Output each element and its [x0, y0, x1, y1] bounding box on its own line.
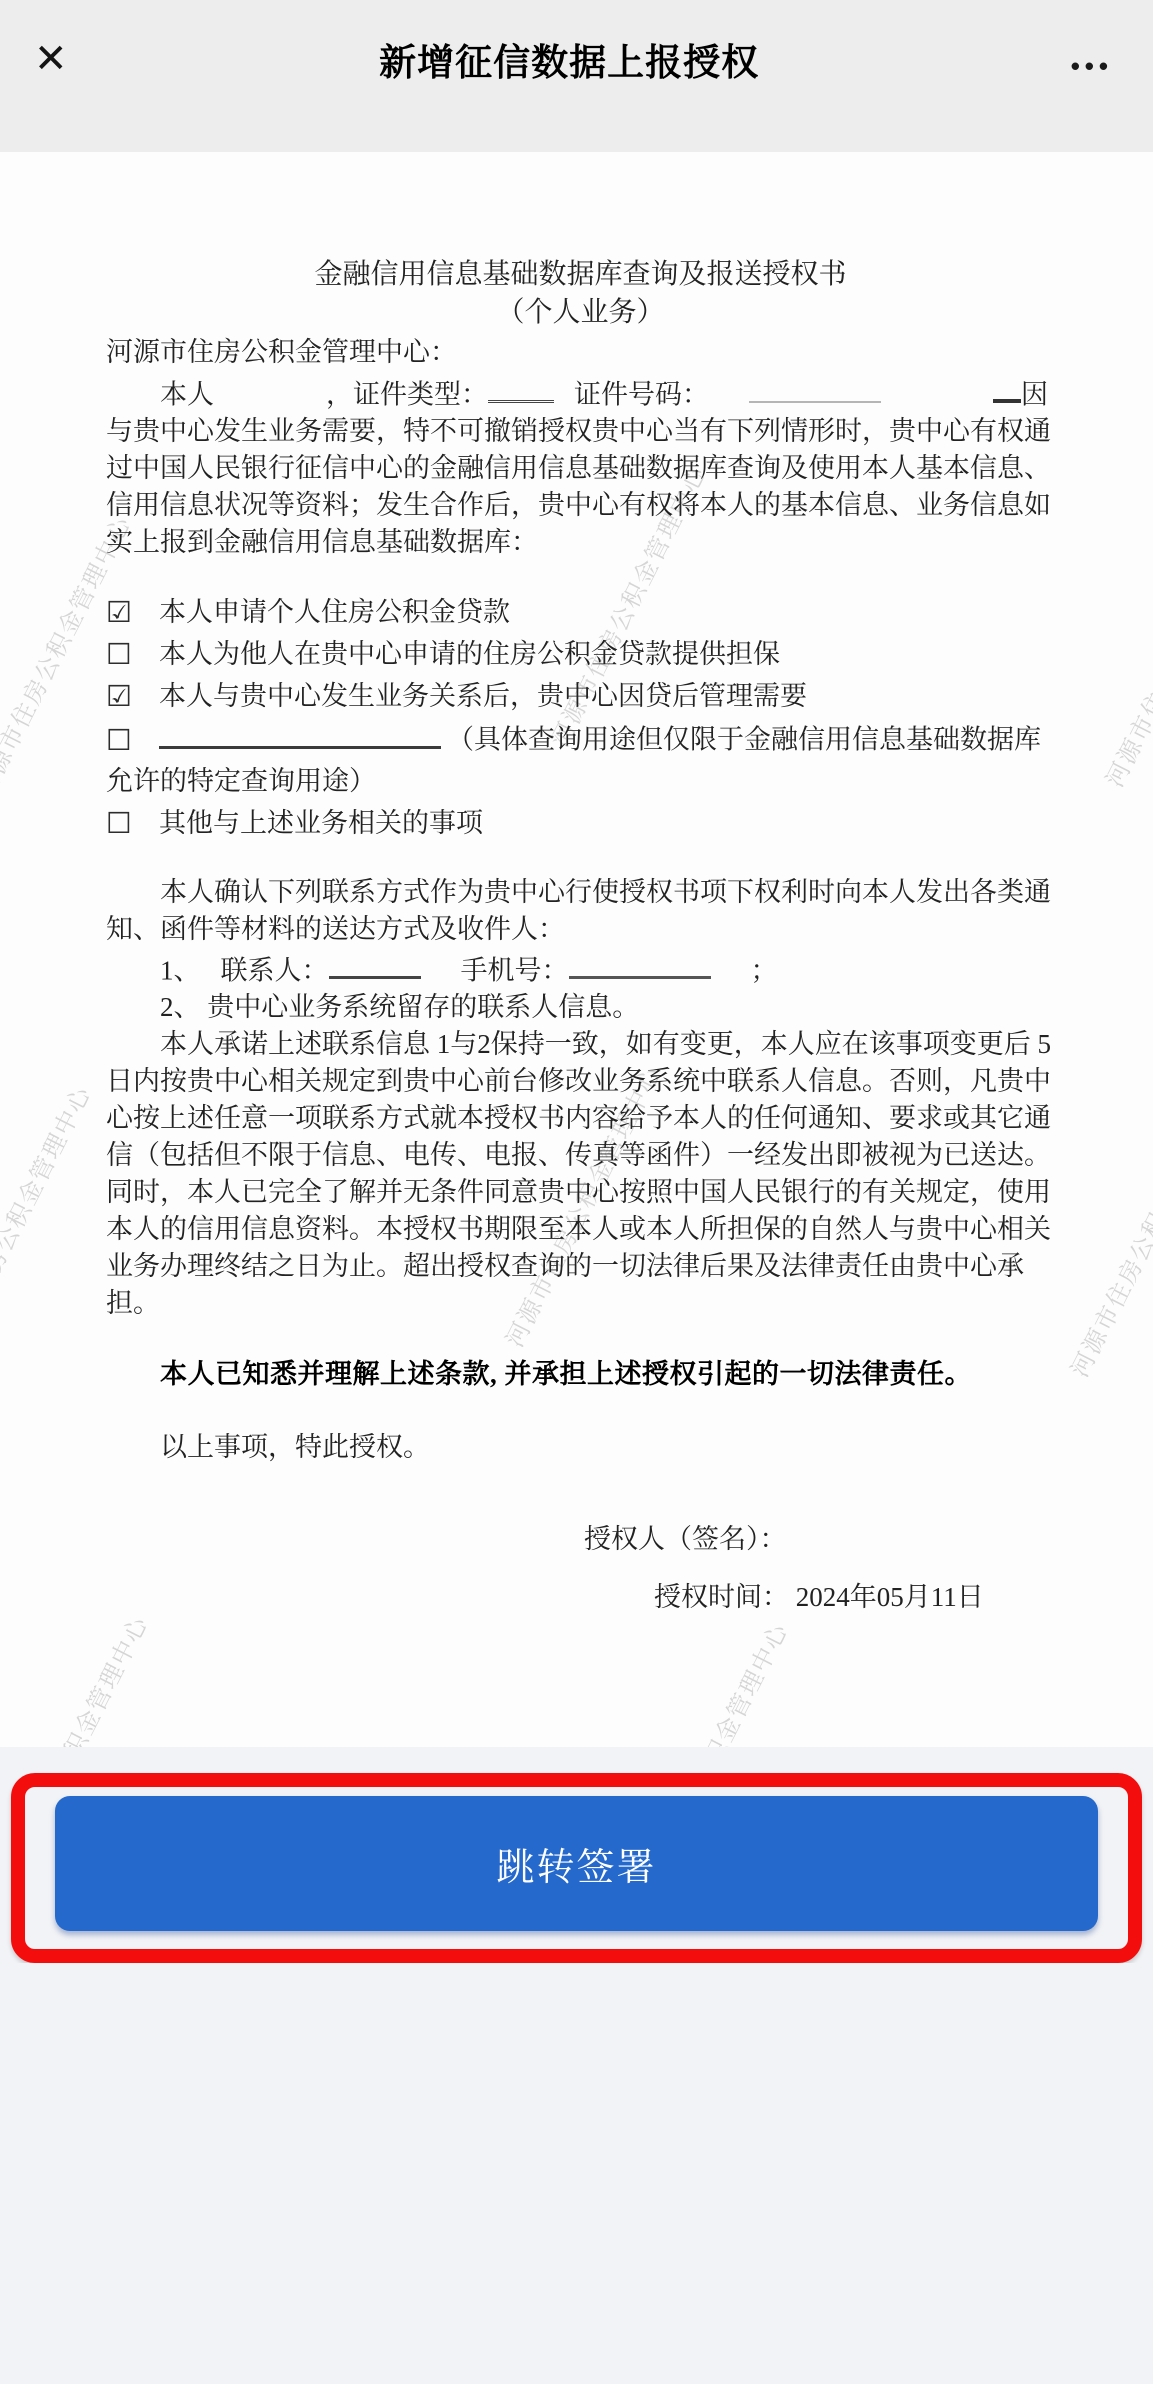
checkbox-unchecked-icon: ☐: [106, 723, 132, 757]
redaction-mark: [993, 371, 1021, 403]
contact-intro: 本人确认下列联系方式作为贵中心行使授权书项下权利时向本人发出各类通知、函件等材料…: [106, 874, 1055, 948]
signer-label: 授权人（签名）：: [584, 1510, 1055, 1568]
name-blank: [214, 375, 326, 403]
spacer: [709, 375, 749, 403]
checkbox-item-guarantee: ☐本人为他人在贵中心申请的住房公积金贷款提供担保: [106, 633, 1055, 675]
checkbox-label: 本人与贵中心发生业务关系后，贵中心因贷后管理需要: [159, 681, 807, 711]
spacer: [421, 951, 461, 979]
auth-time-value: 2024年05月11日: [796, 1582, 984, 1612]
contact-item-1: 1、联系人：手机号：；: [160, 948, 1055, 989]
spacer: [201, 951, 221, 979]
spacer: [554, 375, 574, 403]
id-type-label: ，证件类型：: [326, 379, 488, 409]
promise-paragraph: 本人承诺上述联系信息 1与2保持一致，如有变更，本人应在该事项变更后 5 日内按…: [106, 1026, 1055, 1322]
closing-line: 以上事项，特此授权。: [106, 1429, 1055, 1466]
authorization-document: 河源市住房公积金管理中心 河源市住房公积金管理中心 河源市住房公积金管理中心 河…: [0, 152, 1153, 1747]
id-type-blank: [488, 372, 554, 403]
document-title: 金融信用信息基础数据库查询及报送授权书: [106, 256, 1055, 294]
contact-section: 本人确认下列联系方式作为贵中心行使授权书项下权利时向本人发出各类通知、函件等材料…: [106, 874, 1055, 1322]
id-number-blank: [749, 373, 881, 403]
title-bar: ✕ 新增征信数据上报授权 •••: [0, 0, 1153, 152]
auth-time-label: 授权时间：: [654, 1582, 789, 1612]
salutation: 河源市住房公积金管理中心：: [106, 334, 1055, 371]
checkbox-checked-icon: ☑: [106, 679, 132, 713]
contact-item-2: 2、 贵中心业务系统留存的联系人信息。: [160, 989, 1055, 1026]
checkbox-label: 本人为他人在贵中心申请的住房公积金贷款提供担保: [159, 639, 780, 669]
checkbox-item-other-purpose: ☐（具体查询用途但仅限于金融信用信息基础数据库允许的特定查询用途）: [106, 717, 1055, 801]
checkbox-list: ☑本人申请个人住房公积金贷款 ☐本人为他人在贵中心申请的住房公积金贷款提供担保 …: [106, 591, 1055, 843]
checkbox-unchecked-icon: ☐: [106, 637, 132, 671]
checkbox-label: 其他与上述业务相关的事项: [159, 808, 483, 838]
watermark-text: 河源市住房公积金管理中心: [1063, 1090, 1153, 1385]
checkbox-item-other-matters: ☐其他与上述业务相关的事项: [106, 802, 1055, 844]
watermark-text: 河源市住房公积金管理中心: [1098, 500, 1153, 795]
intro-paragraph: 本人，证件类型：证件号码：因与贵中心发生业务需要，特不可撤销授权贵中心当有下列情…: [106, 371, 1055, 561]
checkbox-item-loan: ☑本人申请个人住房公积金贷款: [106, 591, 1055, 633]
bottom-background: [0, 1963, 1153, 2384]
authorization-time: 授权时间： 2024年05月11日: [654, 1568, 1055, 1626]
contact-item-end: ；: [751, 955, 778, 985]
contact-person-blank: [329, 948, 421, 979]
document-subtitle: （个人业务）: [106, 294, 1055, 332]
id-number-label: 证件号码：: [574, 379, 709, 409]
spacer: [0, 1747, 1153, 1773]
watermark-text: 河源市住房公积金管理中心: [0, 1080, 102, 1375]
checkbox-item-post-loan: ☑本人与贵中心发生业务关系后，贵中心因贷后管理需要: [106, 675, 1055, 717]
highlight-annotation-box: 跳转签署: [11, 1773, 1142, 1963]
checkbox-checked-icon: ☑: [106, 595, 132, 629]
watermark-text: 河源市住房公积金管理中心: [0, 1610, 159, 1747]
bold-statement: 本人已知悉并理解上述条款, 并承担上述授权引起的一切法律责任。: [106, 1356, 1055, 1393]
purpose-blank-line: [159, 717, 441, 748]
contact-person-label: 联系人：: [221, 955, 329, 985]
close-icon[interactable]: ✕: [34, 39, 68, 79]
jump-to-sign-button[interactable]: 跳转签署: [55, 1796, 1098, 1931]
spacer: [711, 951, 751, 979]
checkbox-unchecked-icon: ☐: [106, 806, 132, 840]
wechat-webview-page: ✕ 新增征信数据上报授权 ••• 河源市住房公积金管理中心 河源市住房公积金管理…: [0, 0, 1153, 2384]
watermark-text: 河源市住房公积金管理中心: [625, 1617, 800, 1747]
contact-item-number: 1、: [160, 955, 201, 985]
phone-label: 手机号：: [461, 955, 569, 985]
intro-prefix: 本人: [160, 379, 214, 409]
signature-block: 授权人（签名）： 授权时间： 2024年05月11日: [584, 1510, 1055, 1626]
phone-blank: [569, 948, 711, 979]
checkbox-label: 本人申请个人住房公积金贷款: [159, 597, 510, 627]
page-title: 新增征信数据上报授权: [68, 32, 1071, 86]
document-content: 金融信用信息基础数据库查询及报送授权书 （个人业务） 河源市住房公积金管理中心：…: [106, 256, 1055, 1626]
more-menu-icon[interactable]: •••: [1071, 39, 1113, 79]
